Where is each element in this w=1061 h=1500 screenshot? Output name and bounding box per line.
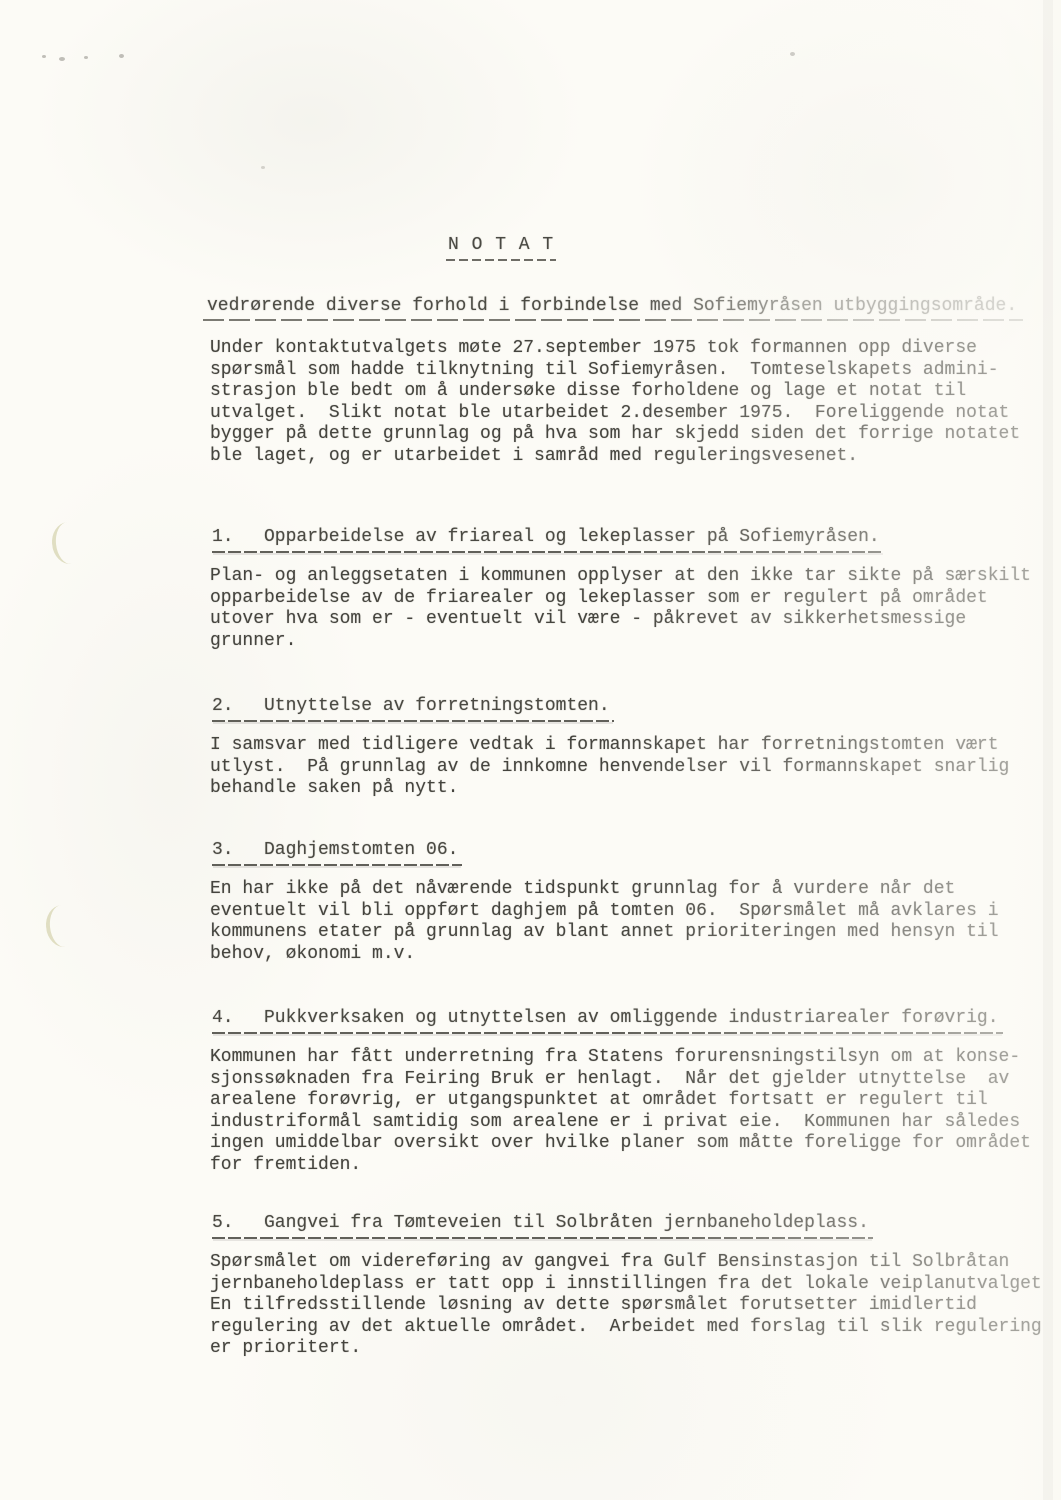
section-4-number: 4.: [212, 1007, 264, 1029]
pencil-speck: [119, 54, 124, 58]
section-3-heading: 3.Daghjemstomten 06.: [212, 839, 462, 866]
document-subject: vedrørende diverse forhold i forbindelse…: [203, 295, 1023, 321]
section-2-heading: 2.Utnyttelse av forretningstomten.: [212, 695, 614, 722]
pencil-speck: [59, 57, 65, 61]
section-1-heading-text: Opparbeidelse av friareal og lekeplasser…: [264, 527, 880, 547]
pencil-speck: [42, 55, 46, 58]
section-4-heading: 4.Pukkverksaken og utnyttelsen av omligg…: [212, 1007, 1003, 1034]
pencil-speck: [790, 52, 795, 56]
scan-edge-shadow: [1043, 0, 1053, 1500]
scanned-memo-page: N O T A T vedrørende diverse forhold i f…: [0, 0, 1061, 1500]
section-1-body: Plan- og anleggsetaten i kommunen opplys…: [210, 566, 1031, 652]
section-3-body: En har ikke på det nåværende tidspunkt g…: [210, 879, 999, 965]
pencil-speck: [261, 166, 265, 169]
section-2-body: I samsvar med tidligere vedtak i formann…: [210, 735, 1009, 800]
section-4-body: Kommunen har fått underretning fra State…: [210, 1047, 1031, 1176]
section-3-number: 3.: [212, 839, 264, 861]
section-4-heading-text: Pukkverksaken og utnyttelsen av omliggen…: [264, 1008, 999, 1028]
subject-block: vedrørende diverse forhold i forbindelse…: [203, 295, 1023, 321]
section-3-heading-text: Daghjemstomten 06.: [264, 840, 458, 860]
section-2: 2.Utnyttelse av forretningstomten. I sam…: [212, 695, 1009, 800]
pencil-speck: [84, 56, 88, 59]
section-1-heading: 1.Opparbeidelse av friareal og lekeplass…: [212, 526, 884, 553]
section-5-number: 5.: [212, 1212, 264, 1234]
section-1-number: 1.: [212, 526, 264, 548]
section-2-heading-text: Utnyttelse av forretningstomten.: [264, 696, 610, 716]
section-4: 4.Pukkverksaken og utnyttelsen av omligg…: [212, 1007, 1031, 1176]
section-2-number: 2.: [212, 695, 264, 717]
hole-punch-mark: [50, 520, 88, 565]
section-5: 5.Gangvei fra Tømteveien til Solbråten j…: [212, 1212, 1042, 1360]
document-title: N O T A T: [446, 234, 556, 261]
section-5-heading: 5.Gangvei fra Tømteveien til Solbråten j…: [212, 1212, 873, 1239]
title-block: N O T A T: [446, 234, 556, 261]
section-5-heading-text: Gangvei fra Tømteveien til Solbråten jer…: [264, 1213, 869, 1233]
intro-paragraph: Under kontaktutvalgets møte 27.september…: [210, 338, 1020, 467]
section-3: 3.Daghjemstomten 06. En har ikke på det …: [212, 839, 999, 965]
section-1: 1.Opparbeidelse av friareal og lekeplass…: [212, 526, 1031, 652]
section-5-body: Spørsmålet om videreføring av gangvei fr…: [210, 1252, 1042, 1360]
hole-punch-mark: [44, 903, 82, 948]
